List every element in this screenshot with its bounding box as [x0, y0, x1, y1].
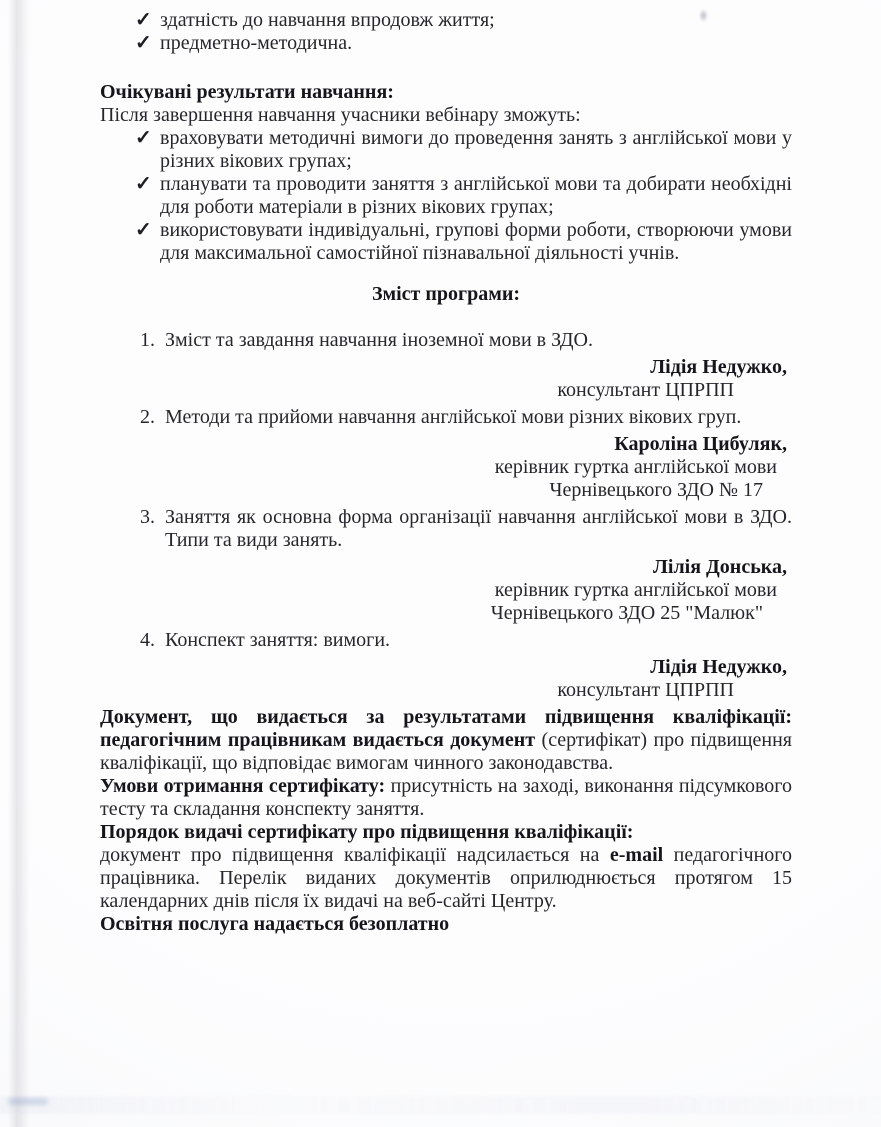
- program-item: 4. Конспект заняття: вимоги.: [100, 629, 792, 652]
- list-item-text: предметно-методична.: [160, 32, 352, 54]
- author-block: Лідія Недужко, консультант ЦПРПП: [100, 656, 792, 702]
- document-content: ✓ здатність до навчання впродовж життя; …: [100, 9, 792, 936]
- program-item: 3. Заняття як основна форма організації …: [100, 506, 792, 552]
- scan-edge-shadow: [8, 0, 30, 1127]
- author-name: Лілія Донська,: [100, 556, 792, 579]
- list-item: ✓ здатність до навчання впродовж життя;: [100, 9, 792, 32]
- author-name: Кароліна Цибуляк,: [100, 433, 792, 456]
- check-icon: ✓: [135, 9, 155, 32]
- author-name: Лідія Недужко,: [100, 656, 792, 679]
- list-item-text: враховувати методичні вимоги до проведен…: [160, 127, 792, 172]
- list-item: ✓ предметно-методична.: [100, 32, 792, 55]
- results-checklist: ✓ враховувати методичні вимоги до провед…: [100, 127, 792, 265]
- section-lead: Після завершення навчання учасники вебін…: [100, 104, 792, 127]
- program-item: 2. Методи та прийоми навчання англійсько…: [100, 406, 792, 429]
- item-number: 4.: [140, 629, 155, 652]
- author-title: консультант ЦПРПП: [100, 679, 792, 702]
- item-number: 3.: [140, 506, 155, 529]
- certificate-paragraph: Документ, що видається за результатами п…: [100, 706, 792, 775]
- expected-results-section: Очікувані результати навчання: Після зав…: [100, 81, 792, 265]
- author-title: консультант ЦПРПП: [100, 379, 792, 402]
- bold-lead: Умови отримання сертифікату:: [100, 775, 385, 797]
- program-heading: Зміст програми:: [100, 283, 792, 306]
- author-name: Лідія Недужко,: [100, 356, 792, 379]
- item-text: Зміст та завдання навчання іноземної мов…: [165, 329, 593, 351]
- email-bold: e-mail: [610, 844, 663, 866]
- list-item: ✓ планувати та проводити заняття з англі…: [100, 173, 792, 219]
- list-item-text: використовувати індивідуальні, групові ф…: [160, 219, 792, 264]
- author-title: Чернівецького ЗДО № 17: [100, 479, 792, 502]
- item-number: 2.: [140, 406, 155, 429]
- program-item: 1. Зміст та завдання навчання іноземної …: [100, 329, 792, 352]
- check-icon: ✓: [135, 127, 155, 150]
- author-block: Лідія Недужко, консультант ЦПРПП: [100, 356, 792, 402]
- item-text: Конспект заняття: вимоги.: [165, 629, 390, 651]
- issuance-paragraph: документ про підвищення кваліфікації над…: [100, 844, 792, 913]
- author-title: керівник гуртка англійської мови: [100, 579, 792, 602]
- section-heading: Очікувані результати навчання:: [100, 81, 792, 104]
- author-block: Лілія Донська, керівник гуртка англійськ…: [100, 556, 792, 625]
- check-icon: ✓: [135, 219, 155, 242]
- intro-checklist: ✓ здатність до навчання впродовж життя; …: [100, 9, 792, 55]
- item-number: 1.: [140, 329, 155, 352]
- author-title: керівник гуртка англійської мови: [100, 456, 792, 479]
- free-service-notice: Освітня послуга надається безоплатно: [100, 913, 792, 936]
- issuance-heading: Порядок видачі сертифікату про підвищенн…: [100, 821, 792, 844]
- author-title: Чернівецького ЗДО 25 "Малюк": [100, 602, 792, 625]
- scan-corner-mark: [8, 1098, 48, 1105]
- paragraph-text: документ про підвищення кваліфікації над…: [100, 844, 610, 866]
- scanned-document-page: ✓ здатність до навчання впродовж життя; …: [0, 0, 881, 1127]
- list-item-text: здатність до навчання впродовж життя;: [160, 9, 495, 31]
- program-list: 1. Зміст та завдання навчання іноземної …: [100, 329, 792, 702]
- item-text: Методи та прийоми навчання англійської м…: [165, 406, 741, 428]
- list-item: ✓ враховувати методичні вимоги до провед…: [100, 127, 792, 173]
- list-item-text: планувати та проводити заняття з англійс…: [160, 173, 792, 218]
- conditions-paragraph: Умови отримання сертифікату: присутність…: [100, 775, 792, 821]
- certificate-section: Документ, що видається за результатами п…: [100, 706, 792, 936]
- check-icon: ✓: [135, 32, 155, 55]
- check-icon: ✓: [135, 173, 155, 196]
- item-text: Заняття як основна форма організації нав…: [165, 506, 792, 551]
- scan-bottom-artifact: [0, 1096, 881, 1114]
- list-item: ✓ використовувати індивідуальні, групові…: [100, 219, 792, 265]
- author-block: Кароліна Цибуляк, керівник гуртка англій…: [100, 433, 792, 502]
